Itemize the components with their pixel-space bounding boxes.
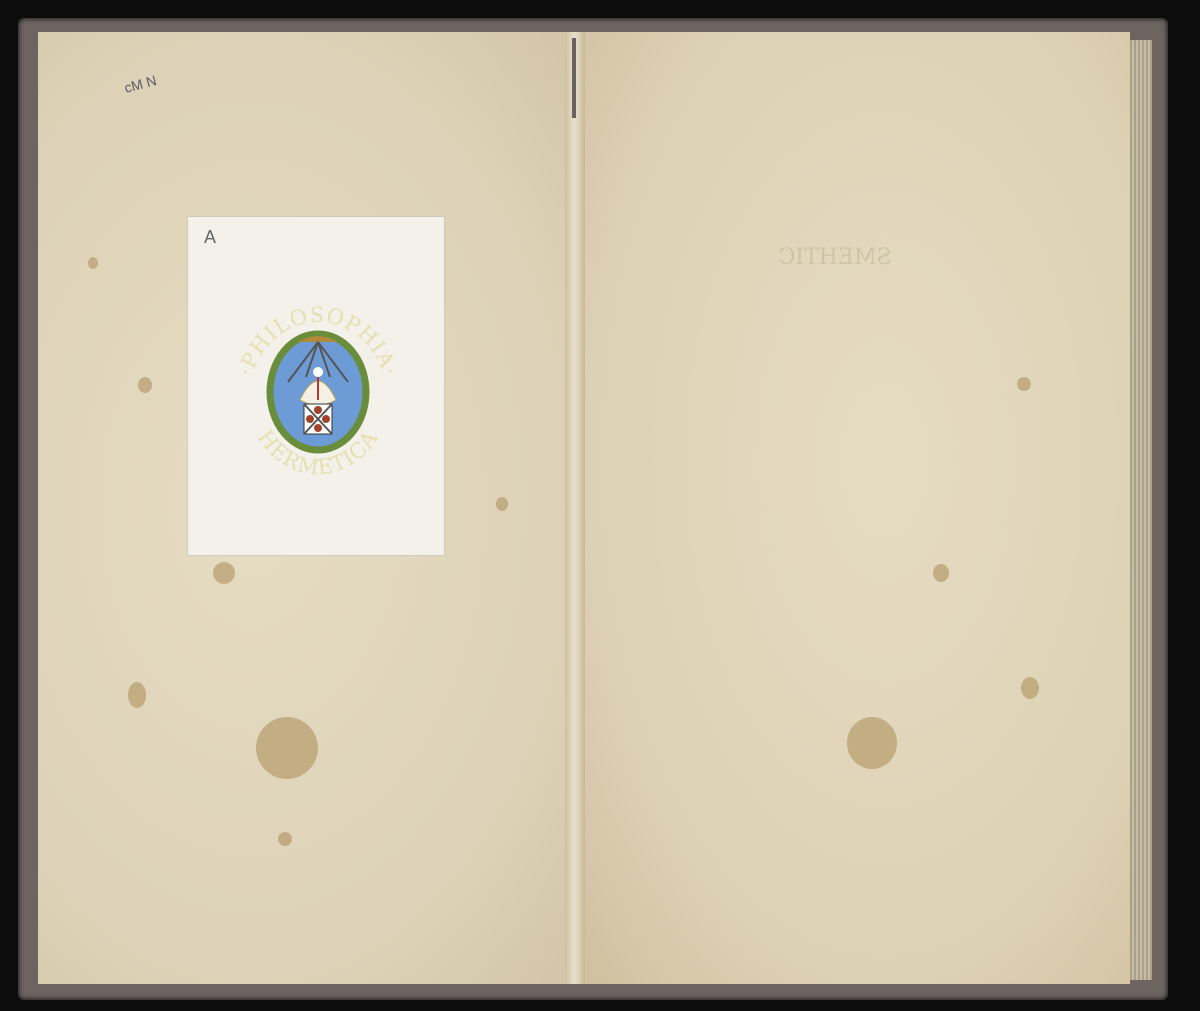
foxing-stain	[1017, 377, 1031, 391]
foxing-stain	[128, 682, 146, 708]
spine-crack	[572, 38, 576, 118]
flyleaf-page	[585, 32, 1130, 984]
pelican-in-piety-icon: ·PHILOSOPHIA· HERMETICA	[228, 292, 408, 492]
foxing-stain	[138, 377, 152, 393]
show-through-imprint: SMEHTIC	[745, 245, 925, 465]
foxing-stain	[256, 717, 318, 779]
bookplate: A ·PHILOSOPHIA· HERMETICA	[188, 217, 444, 555]
foxing-stain	[213, 562, 235, 584]
foxing-stain	[496, 497, 508, 511]
handwritten-shelfmark: cM N	[122, 72, 158, 96]
foxing-stain	[278, 832, 292, 846]
foxing-stain	[933, 564, 949, 582]
bookplate-letter: A	[204, 227, 216, 248]
book-spine-gutter	[565, 32, 587, 984]
foxing-stain	[88, 257, 98, 269]
foxing-stain	[1021, 677, 1039, 699]
page-fore-edge	[1130, 40, 1152, 980]
foxing-stain	[847, 717, 897, 769]
